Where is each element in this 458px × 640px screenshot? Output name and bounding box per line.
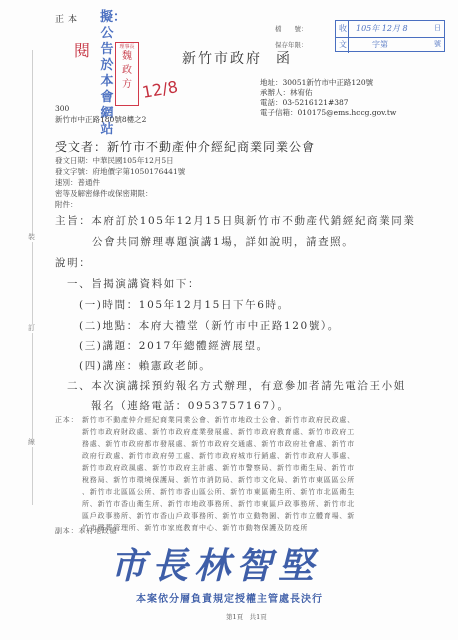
explanation-item-2-line-1: 二、本次演講採預約報名方式辦理，有意參加者請先電洽王小姐	[67, 378, 406, 393]
receipt-date-row: 收 105年 12月 8 日	[336, 21, 444, 38]
document-title: 新竹市政府函	[182, 48, 292, 68]
issuer-name: 新竹市政府	[182, 51, 262, 67]
contact-address: 地址：30051新竹市中正路120號	[260, 78, 373, 88]
distribution-original-line: 區戶政事務所、新竹市香山戶政事務所、新竹市立動物園、新竹市立體育場、新	[82, 510, 355, 522]
contact-phone: 電話：03-5216121#387	[260, 98, 349, 108]
distribution-original-line: 新竹市不動產仲介經紀商業同業公會、新竹市地政士公會、新竹市政府民政處、	[82, 414, 355, 426]
recipient: 受文者：新竹市不動產仲介經紀商業同業公會	[55, 138, 315, 155]
explanation-sub-4: (四)講座：賴憲政老師。	[79, 358, 211, 373]
receipt-number-suffix: 號	[434, 37, 441, 52]
receipt-label-doc: 文	[338, 37, 349, 53]
receipt-label-recv: 收	[338, 21, 349, 37]
distribution-original-label: 正本：	[55, 414, 78, 426]
distribution-original-line: 新竹市政府財政處、新竹市政府產業發展處、新竹市政府教育處、新竹市政府工	[82, 426, 355, 438]
binding-mark-bottom: 線	[28, 438, 35, 447]
page-number: 第1頁 共1頁	[226, 612, 267, 621]
explanation-item-2-line-2: 報名（連絡電話：0953757167）。	[91, 398, 290, 413]
distribution-original-line: 新竹市政府政風處、新竹市政府主計處、新竹市警察局、新竹市衛生局、新竹市	[82, 462, 355, 474]
subject-line-2: 公會共同辦理專題演講1場，詳如說明，請查照。	[92, 234, 354, 249]
distribution-copy-value: 本府地政處	[78, 527, 117, 535]
file-number-label: 檔 號：	[275, 24, 308, 33]
distribution-original-line: 所、新竹市香山衛生所、新竹市地政事務所、新竹市東區戶政事務所、新竹市北	[82, 498, 355, 510]
binding-margin-line	[32, 50, 33, 505]
delivery-speed: 速別：普通件	[55, 177, 100, 188]
receipt-stamp: 收 105年 12月 8 日 文 字第 號	[335, 20, 445, 52]
receipt-number-row: 文 字第 號	[336, 37, 444, 53]
receipt-number-value: 字第	[372, 37, 388, 52]
reference-number: 發文字號：府地價字第1050176441號	[55, 166, 185, 177]
sender-zip: 300	[55, 104, 69, 113]
mayor-signature: 市長林智堅	[110, 538, 320, 589]
retention-period-label: 保存年限：	[275, 40, 308, 49]
distribution-original-line: 、新竹市北區區公所、新竹市香山區公所、新竹市東區衛生所、新竹市北區衛生	[82, 486, 355, 498]
document-kind: 函	[276, 51, 292, 67]
binding-mark-middle: 訂	[28, 324, 35, 333]
secrecy-level: 密等及解密條件或保密期限：	[55, 188, 153, 199]
subject-line-1: 主旨：本府訂於105年12月15日與新竹市不動產代銷經紀商業同業	[55, 213, 415, 228]
handwritten-initial: 閱	[74, 38, 90, 61]
seal-name: 魏政方	[122, 50, 132, 92]
explanation-sub-1: (一)時間：105年12月15日下午6時。	[79, 297, 290, 312]
distribution-original-line: 政府行政處、新竹市政府勞工處、新竹市政府城市行銷處、新竹市政府人事處、	[82, 450, 355, 462]
explanation-sub-2: (二)地點：本府大禮堂（新竹市中正路120號）。	[79, 318, 340, 333]
chairman-seal: 理事長 魏政方	[115, 42, 139, 106]
attachments: 附件：	[55, 199, 78, 210]
binding-mark-top: 裝	[28, 233, 35, 242]
distribution-original-line: 務處、新竹市政府都市發展處、新竹市政府交通處、新竹市政府社會處、新竹市	[82, 438, 355, 450]
copy-type-label: 正本	[55, 12, 81, 25]
contact-handler: 承辦人：林宥佑	[260, 88, 313, 98]
explanation-sub-3: (三)講題：2017年總體經濟展望。	[79, 338, 269, 353]
explanation-item-1: 一、旨揭演講資料如下：	[67, 276, 200, 291]
contact-email: 電子信箱：010175@ems.hccg.gov.tw	[260, 108, 396, 118]
sender-address: 新竹市中正路180號8樓之2	[55, 114, 146, 125]
delegation-stamp: 本案依分層負責規定授權主管處長決行	[136, 590, 323, 605]
receipt-date-suffix: 日	[434, 21, 441, 36]
distribution-copy: 副本：本府地政處	[55, 525, 117, 537]
receipt-date-value: 105年 12月 8	[356, 21, 408, 36]
explanation-heading: 說明：	[55, 255, 91, 270]
distribution-copy-label: 副本：	[55, 527, 78, 535]
handwritten-date: 12/8	[141, 77, 180, 102]
distribution-original-line: 稅務局、新竹市環境保護局、新竹市消防局、新竹市文化局、新竹市東區區公所	[82, 474, 355, 486]
issue-date: 發文日期：中華民國105年12月5日	[55, 155, 174, 166]
